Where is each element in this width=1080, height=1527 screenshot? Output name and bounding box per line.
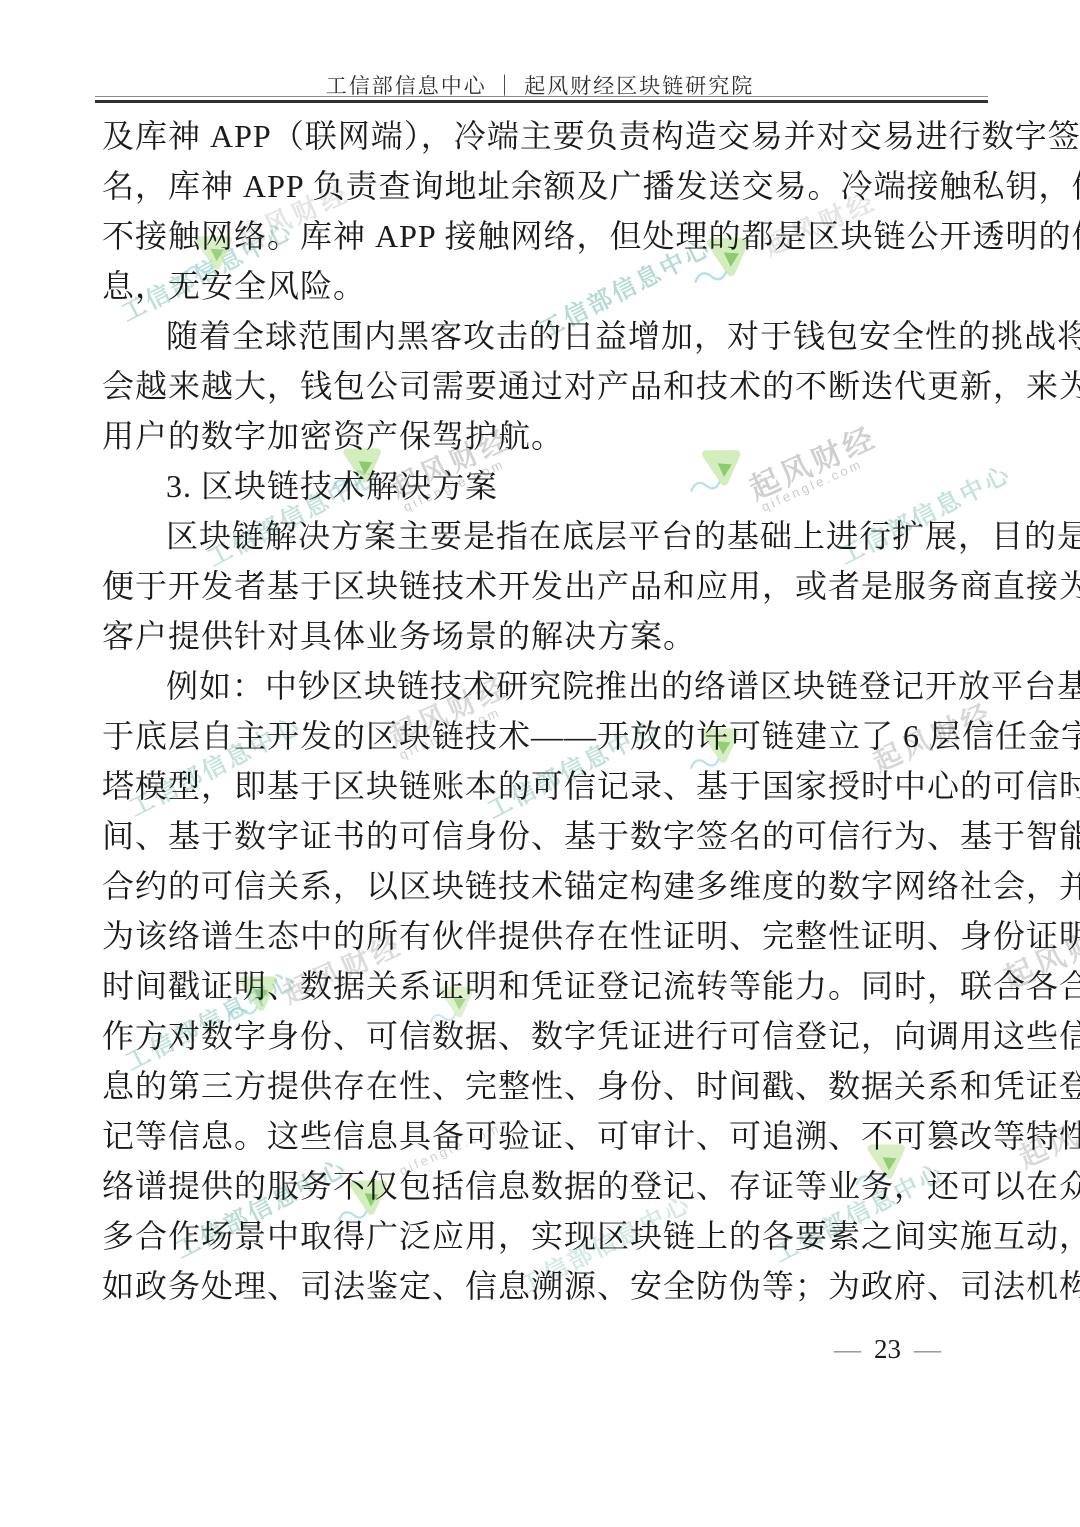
body-line: 络谱提供的服务不仅包括信息数据的登记、存证等业务，还可以在众 (102, 1161, 982, 1211)
body-line: 如政务处理、司法鉴定、信息溯源、安全防伪等；为政府、司法机构、 (102, 1261, 982, 1311)
body-line: 息，无安全风险。 (102, 261, 982, 311)
body-line: 区块链解决方案主要是指在底层平台的基础上进行扩展，目的是 (102, 511, 982, 561)
body-line: 合约的可信关系，以区块链技术锚定构建多维度的数字网络社会，并 (102, 861, 982, 911)
page-number-dash-right: — (914, 1334, 941, 1364)
body-line: 3. 区块链技术解决方案 (102, 461, 982, 511)
body-line: 记等信息。这些信息具备可验证、可审计、可追溯、不可篡改等特性。 (102, 1111, 982, 1161)
body-line: 客户提供针对具体业务场景的解决方案。 (102, 611, 982, 661)
body-line: 为该络谱生态中的所有伙伴提供存在性证明、完整性证明、身份证明、 (102, 911, 982, 961)
page-number: —23— (821, 1334, 954, 1365)
body-line: 时间戳证明、数据关系证明和凭证登记流转等能力。同时，联合各合 (102, 961, 982, 1011)
page-number-value: 23 (874, 1334, 901, 1364)
body-line: 例如：中钞区块链技术研究院推出的络谱区块链登记开放平台基 (102, 661, 982, 711)
body-line: 间、基于数字证书的可信身份、基于数字签名的可信行为、基于智能 (102, 811, 982, 861)
body-text: 及库神 APP（联网端），冷端主要负责构造交易并对交易进行数字签名，库神 APP… (102, 111, 982, 1311)
body-line: 会越来越大，钱包公司需要通过对产品和技术的不断迭代更新，来为 (102, 361, 982, 411)
body-line: 不接触网络。库神 APP 接触网络，但处理的都是区块链公开透明的信 (102, 211, 982, 261)
body-line: 多合作场景中取得广泛应用，实现区块链上的各要素之间实施互动， (102, 1211, 982, 1261)
body-line: 名，库神 APP 负责查询地址余额及广播发送交易。冷端接触私钥，但 (102, 161, 982, 211)
body-line: 随着全球范围内黑客攻击的日益增加，对于钱包安全性的挑战将 (102, 311, 982, 361)
body-line: 息的第三方提供存在性、完整性、身份、时间戳、数据关系和凭证登 (102, 1061, 982, 1111)
body-line: 作方对数字身份、可信数据、数字凭证进行可信登记，向调用这些信 (102, 1011, 982, 1061)
document-page: 工信部信息中心起风财经工信部信息中心起风财经起风财经qifengle.com起风… (0, 0, 1080, 1527)
body-line: 用户的数字加密资产保驾护航。 (102, 411, 982, 461)
body-line: 于底层自主开发的区块链技术——开放的许可链建立了 6 层信任金字 (102, 711, 982, 761)
body-line: 便于开发者基于区块链技术开发出产品和应用，或者是服务商直接为 (102, 561, 982, 611)
page-number-dash-left: — (834, 1334, 861, 1364)
body-line: 塔模型，即基于区块链账本的可信记录、基于国家授时中心的可信时 (102, 761, 982, 811)
body-line: 及库神 APP（联网端），冷端主要负责构造交易并对交易进行数字签 (102, 111, 982, 161)
header-rule (95, 96, 988, 103)
